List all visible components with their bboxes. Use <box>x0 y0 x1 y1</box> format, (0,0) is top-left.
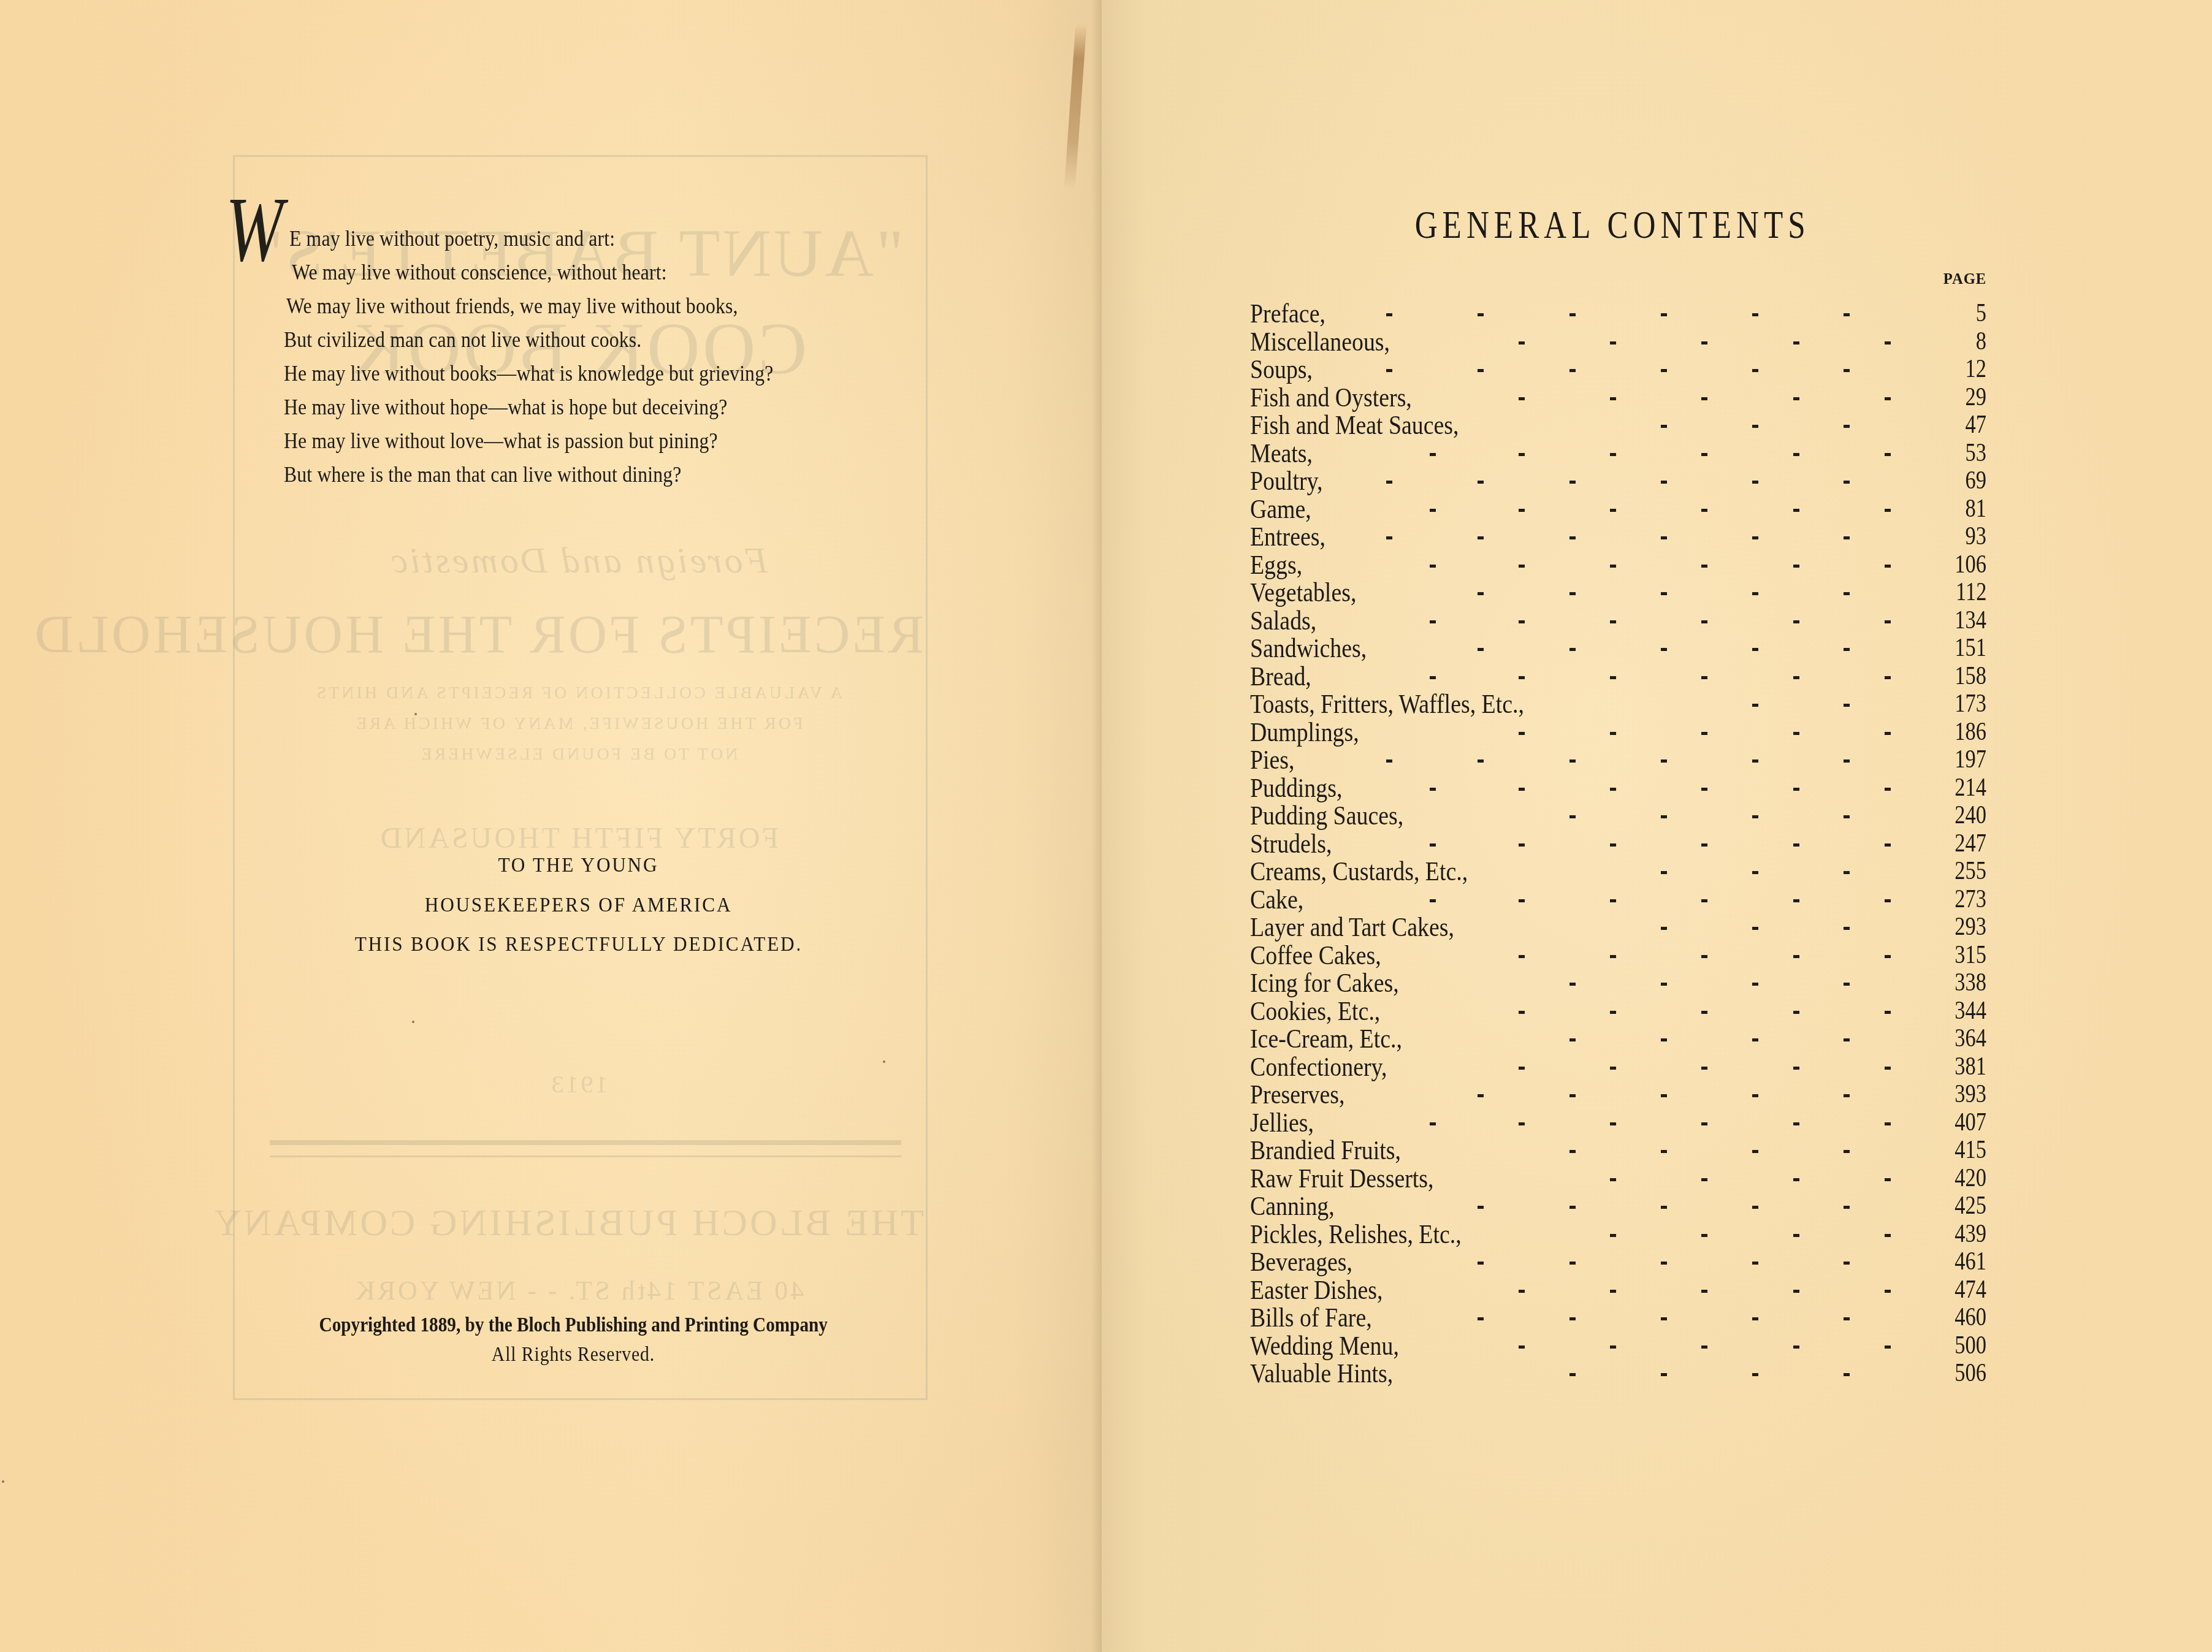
contents-entry-page: 240 <box>1955 802 1986 829</box>
contents-entry-label: Bills of Fare, <box>1250 1304 1372 1331</box>
poem-line: He may live without hope—what is hope bu… <box>284 394 728 420</box>
leader-dash <box>1701 509 1707 512</box>
leader-dash <box>1519 1067 1525 1070</box>
leader-dash <box>1610 1067 1616 1070</box>
leader-dash <box>1885 788 1891 791</box>
contents-entry-label: Coffee Cakes, <box>1250 942 1381 969</box>
leader-dash <box>1519 955 1525 958</box>
leader-dash <box>1610 899 1616 902</box>
leader-dash <box>1752 1317 1758 1320</box>
leader-dash <box>1569 815 1576 818</box>
leader-dash <box>1701 620 1707 623</box>
contents-title-text: GENERAL CONTENTS <box>1414 202 1810 248</box>
leader-dash <box>1885 1067 1891 1070</box>
leader-dash <box>1793 676 1799 679</box>
leader-dash <box>1793 1067 1799 1070</box>
leader-dash <box>1430 565 1436 568</box>
contents-entry-label: Poultry, <box>1250 467 1322 495</box>
leader-dash <box>1661 1094 1667 1097</box>
contents-entry: Coffee Cakes,315 <box>1250 942 1986 969</box>
leader-dash <box>1430 788 1436 791</box>
contents-entry-label: Pickles, Relishes, Etc., <box>1250 1220 1462 1248</box>
contents-entry-label: Pies, <box>1250 746 1295 774</box>
leader-dash <box>1793 843 1799 847</box>
leader-dash <box>1569 1262 1576 1265</box>
contents-entry-page: 8 <box>1976 328 1986 356</box>
contents-entry: Sandwiches,151 <box>1250 634 1986 662</box>
leader-dash <box>1752 369 1758 372</box>
leader-dash <box>1661 1150 1667 1153</box>
contents-entry-label: Brandied Fruits, <box>1250 1136 1401 1164</box>
leader-dash <box>1701 1011 1707 1014</box>
contents-entry-label: Beverages, <box>1250 1248 1352 1276</box>
contents-entry-page: 364 <box>1955 1025 1986 1052</box>
leader-dash <box>1478 648 1484 651</box>
copyright-text: Copyrighted 1889, by the Bloch Publishin… <box>319 1314 827 1337</box>
show-through-rule-thin <box>270 1155 901 1157</box>
contents-entry-page: 293 <box>1955 913 1986 941</box>
contents-entry-label: Vegetables, <box>1250 579 1356 606</box>
dedication-text: THIS BOOK IS RESPECTFULLY DEDICATED. <box>354 933 802 956</box>
contents-entry-label: Miscellaneous, <box>1250 328 1390 356</box>
show-through-rule <box>270 1140 901 1145</box>
contents-entry: Dumplings,186 <box>1250 718 1986 746</box>
leader-dash <box>1661 425 1667 428</box>
paper-speck <box>2 1480 4 1483</box>
leader-dash <box>1701 899 1707 902</box>
contents-entry: Game,81 <box>1250 495 1986 523</box>
contents-entry-label: Canning, <box>1250 1192 1335 1220</box>
rights-reserved: All Rights Reserved. <box>196 1344 950 1366</box>
contents-entry-label: Easter Dishes, <box>1250 1276 1382 1304</box>
leader-dash <box>1844 704 1850 707</box>
contents-entry-label: Meats, <box>1250 440 1313 467</box>
contents-entry-label: Sandwiches, <box>1250 634 1367 662</box>
leader-dash <box>1885 955 1891 958</box>
leader-dash <box>1386 536 1392 539</box>
dedication-text: HOUSEKEEPERS OF AMERICA <box>425 894 732 917</box>
leader-dash <box>1519 1290 1525 1293</box>
contents-entry: Pudding Sauces,240 <box>1250 802 1986 829</box>
leader-dash <box>1885 397 1891 400</box>
left-page: "AUNT BABETTE'S" COOK BOOK Foreign and D… <box>0 0 1102 1652</box>
show-through-desc-1: A VALUABLE COLLECTION OF RECEIPTS AND HI… <box>233 683 924 703</box>
leader-dash <box>1844 1150 1850 1153</box>
leader-dash <box>1610 1346 1616 1349</box>
leader-dash <box>1386 369 1392 372</box>
contents-entry-label: Icing for Cakes, <box>1250 969 1399 997</box>
leader-dash <box>1478 1317 1484 1320</box>
contents-entry: Puddings,214 <box>1250 774 1986 802</box>
leader-dash <box>1844 592 1850 595</box>
leader-dash <box>1844 1317 1850 1320</box>
contents-entry-page: 197 <box>1955 746 1986 774</box>
contents-entry: Icing for Cakes,338 <box>1250 969 1986 997</box>
leader-dash <box>1661 759 1667 763</box>
contents-entry-label: Wedding Menu, <box>1250 1332 1399 1360</box>
leader-dash <box>1752 648 1758 651</box>
leader-dash <box>1752 481 1758 484</box>
leader-dash <box>1701 843 1707 847</box>
contents-entry: Canning,425 <box>1250 1192 1986 1220</box>
leader-dash <box>1793 1290 1799 1293</box>
contents-entry-page: 151 <box>1955 634 1986 662</box>
leader-dash <box>1478 481 1484 484</box>
contents-entry: Vegetables,112 <box>1250 579 1986 606</box>
leader-dash <box>1661 815 1667 818</box>
contents-entry-label: Cake, <box>1250 886 1303 913</box>
leader-dash <box>1519 676 1525 679</box>
dedication-line: HOUSEKEEPERS OF AMERICA <box>233 894 924 917</box>
leader-dash <box>1610 1234 1616 1237</box>
contents-entry: Miscellaneous,8 <box>1250 328 1986 356</box>
contents-entry: Cake,273 <box>1250 886 1986 913</box>
leader-dash <box>1569 1094 1576 1097</box>
leader-dash <box>1844 425 1850 428</box>
leader-dash <box>1793 565 1799 568</box>
contents-entry-page: 500 <box>1955 1332 1986 1360</box>
leader-dash <box>1752 1206 1758 1209</box>
leader-dash <box>1844 927 1850 930</box>
contents-entry-label: Fish and Oysters, <box>1250 384 1412 411</box>
leader-dash <box>1752 1373 1758 1376</box>
contents-entry: Fish and Oysters,29 <box>1250 384 1986 411</box>
contents-entry-page: 415 <box>1955 1136 1986 1164</box>
contents-entry: Fish and Meat Sauces,47 <box>1250 411 1986 439</box>
contents-entry: Meats,53 <box>1250 440 1986 467</box>
drop-cap: W <box>226 184 283 276</box>
contents-title: GENERAL CONTENTS <box>1349 202 1876 248</box>
leader-dash <box>1844 1373 1850 1376</box>
leader-dash <box>1752 592 1758 595</box>
contents-entry-label: Layer and Tart Cakes, <box>1250 913 1454 941</box>
leader-dash <box>1793 1234 1799 1237</box>
dedication-line: THIS BOOK IS RESPECTFULLY DEDICATED. <box>233 933 924 956</box>
dedication-line: TO THE YOUNG <box>233 854 924 877</box>
show-through-heading: RECEIPTS FOR THE HOUSEHOLD <box>233 604 924 666</box>
leader-dash <box>1701 788 1707 791</box>
leader-dash <box>1885 1011 1891 1014</box>
leader-dash <box>1569 1373 1576 1376</box>
paper-speck <box>414 713 417 715</box>
leader-dash <box>1661 648 1667 651</box>
leader-dash <box>1885 899 1891 902</box>
leader-dash <box>1752 1150 1758 1153</box>
leader-dash <box>1386 481 1392 484</box>
contents-entry: Preface,5 <box>1250 300 1986 327</box>
contents-entry: Entrees,93 <box>1250 523 1986 550</box>
contents-entry-page: 381 <box>1955 1053 1986 1081</box>
leader-dash <box>1793 732 1799 735</box>
leader-dash <box>1844 871 1850 874</box>
contents-entry-label: Soups, <box>1250 356 1313 383</box>
leader-dash <box>1844 369 1850 372</box>
leader-dash <box>1885 1234 1891 1237</box>
leader-dash <box>1661 1373 1667 1376</box>
contents-entry-label: Preface, <box>1250 300 1325 327</box>
leader-dash <box>1610 565 1616 568</box>
contents-entry-label: Jellies, <box>1250 1109 1314 1136</box>
leader-dash <box>1885 732 1891 735</box>
leader-dash <box>1752 815 1758 818</box>
leader-dash <box>1661 927 1667 930</box>
contents-entry: Bread,158 <box>1250 663 1986 690</box>
leader-dash <box>1478 1262 1484 1265</box>
contents-entry-page: 106 <box>1955 551 1986 579</box>
leader-dash <box>1430 843 1436 847</box>
contents-entry-page: 112 <box>1956 579 1986 606</box>
leader-dash <box>1569 1150 1576 1153</box>
leader-dash <box>1701 1346 1707 1349</box>
leader-dash <box>1844 1262 1850 1265</box>
leader-dash <box>1752 1038 1758 1041</box>
leader-dash <box>1610 1122 1616 1125</box>
poem-line: He may live without love—what is passion… <box>284 428 718 454</box>
leader-dash <box>1793 397 1799 400</box>
leader-dash <box>1478 1206 1484 1209</box>
show-through-edition: FORTY FIFTH THOUSAND <box>233 821 924 855</box>
leader-dash <box>1793 955 1799 958</box>
leader-dash <box>1478 1094 1484 1097</box>
contents-entry-page: 273 <box>1955 886 1986 913</box>
contents-entry-label: Strudels, <box>1250 830 1332 858</box>
leader-dash <box>1793 788 1799 791</box>
leader-dash <box>1844 313 1850 316</box>
contents-entry-label: Cookies, Etc., <box>1250 997 1380 1025</box>
leader-dash <box>1661 1038 1667 1041</box>
leader-dash <box>1752 1262 1758 1265</box>
leader-dash <box>1885 1122 1891 1125</box>
contents-entry: Valuable Hints,506 <box>1250 1360 1986 1387</box>
leader-dash <box>1519 1346 1525 1349</box>
contents-entry: Brandied Fruits,415 <box>1250 1136 1986 1164</box>
leader-dash <box>1701 676 1707 679</box>
contents-entry-page: 158 <box>1955 663 1986 690</box>
paper-speck <box>883 1060 885 1063</box>
leader-dash <box>1844 1206 1850 1209</box>
contents-entry: Preserves,393 <box>1250 1081 1986 1108</box>
leader-dash <box>1793 453 1799 456</box>
contents-entry-label: Bread, <box>1250 663 1311 690</box>
show-through-publisher: THE BLOCH PUBLISHING COMPANY <box>233 1201 924 1245</box>
leader-dash <box>1701 1178 1707 1181</box>
contents-entry: Eggs,106 <box>1250 551 1986 579</box>
leader-dash <box>1752 983 1758 986</box>
contents-entry-page: 69 <box>1966 467 1986 495</box>
leader-dash <box>1885 1346 1891 1349</box>
leader-dash <box>1430 453 1436 456</box>
contents-entry-label: Eggs, <box>1250 551 1302 579</box>
contents-entry-page: 5 <box>1976 300 1986 327</box>
show-through-address: 40 EAST 14th ST. - - NEW YORK <box>233 1275 924 1306</box>
leader-dash <box>1519 788 1525 791</box>
contents-entry-label: Fish and Meat Sauces, <box>1250 411 1459 439</box>
leader-dash <box>1793 1346 1799 1349</box>
leader-dash <box>1793 341 1799 344</box>
contents-entry: Cookies, Etc.,344 <box>1250 997 1986 1025</box>
leader-dash <box>1661 1262 1667 1265</box>
leader-dash <box>1610 843 1616 847</box>
leader-dash <box>1610 509 1616 512</box>
contents-entry-page: 439 <box>1955 1220 1986 1248</box>
leader-dash <box>1569 313 1576 316</box>
leader-dash <box>1569 1317 1576 1320</box>
leader-dash <box>1752 759 1758 763</box>
leader-dash <box>1478 759 1484 763</box>
contents-entry-page: 53 <box>1966 440 1986 467</box>
contents-entry-page: 29 <box>1966 384 1986 411</box>
leader-dash <box>1661 369 1667 372</box>
leader-dash <box>1661 313 1667 316</box>
leader-dash <box>1661 481 1667 484</box>
contents-entry-label: Pudding Sauces, <box>1250 802 1403 829</box>
leader-dash <box>1386 759 1392 763</box>
leader-dash <box>1610 341 1616 344</box>
contents-entry-page: 214 <box>1955 774 1986 802</box>
leader-dash <box>1844 481 1850 484</box>
leader-dash <box>1519 565 1525 568</box>
contents-entry-label: Preserves, <box>1250 1081 1344 1108</box>
contents-entry: Salads,134 <box>1250 607 1986 634</box>
show-through-year: 1913 <box>233 1070 924 1098</box>
contents-entry: Toasts, Fritters, Waffles, Etc.,173 <box>1250 690 1986 718</box>
leader-dash <box>1661 1206 1667 1209</box>
leader-dash <box>1430 509 1436 512</box>
leader-dash <box>1844 983 1850 986</box>
leader-dash <box>1519 843 1525 847</box>
contents-entry-page: 173 <box>1955 690 1986 718</box>
leader-dash <box>1701 1122 1707 1125</box>
leader-dash <box>1844 1094 1850 1097</box>
contents-entry-label: Valuable Hints, <box>1250 1360 1393 1387</box>
leader-dash <box>1885 341 1891 344</box>
leader-dash <box>1793 1122 1799 1125</box>
leader-dash <box>1519 1011 1525 1014</box>
leader-dash <box>1610 397 1616 400</box>
leader-dash <box>1661 983 1667 986</box>
leader-dash <box>1844 648 1850 651</box>
leader-dash <box>1752 1094 1758 1097</box>
leader-dash <box>1430 676 1436 679</box>
contents-entry-page: 186 <box>1955 718 1986 746</box>
leader-dash <box>1793 1178 1799 1181</box>
leader-dash <box>1701 732 1707 735</box>
poem-line: But where is the man that can live witho… <box>284 462 681 487</box>
contents-entry-page: 315 <box>1955 942 1986 969</box>
leader-dash <box>1844 536 1850 539</box>
contents-entry-page: 461 <box>1955 1248 1986 1276</box>
contents-entry: Bills of Fare,460 <box>1250 1304 1986 1331</box>
leader-dash <box>1610 1011 1616 1014</box>
contents-entry-label: Confectionery, <box>1250 1053 1387 1081</box>
leader-dash <box>1701 1234 1707 1237</box>
leader-dash <box>1661 1317 1667 1320</box>
poem-line: He may live without books—what is knowle… <box>284 360 773 386</box>
poem-line: We may live without friends, we may live… <box>286 293 738 319</box>
leader-dash <box>1885 843 1891 847</box>
leader-dash <box>1752 425 1758 428</box>
show-through-desc-2: FOR THE HOUSEWIFE, MANY OF WHICH ARE <box>233 714 924 734</box>
leader-dash <box>1844 1038 1850 1041</box>
leader-dash <box>1793 509 1799 512</box>
leader-dash <box>1519 397 1525 400</box>
leader-dash <box>1752 536 1758 539</box>
dedication-text: TO THE YOUNG <box>498 854 659 877</box>
contents-entry-page: 247 <box>1955 830 1986 858</box>
contents-entry-page: 255 <box>1955 858 1986 885</box>
leader-dash <box>1610 955 1616 958</box>
leader-dash <box>1569 592 1576 595</box>
poem-line: But civilized man can not live without c… <box>284 327 641 352</box>
contents-entry-page: 425 <box>1955 1192 1986 1220</box>
show-through-desc-3: NOT TO BE FOUND ELSEWHERE <box>233 745 924 764</box>
leader-dash <box>1885 565 1891 568</box>
contents-entry-page: 407 <box>1955 1109 1986 1136</box>
contents-entry-label: Toasts, Fritters, Waffles, Etc., <box>1250 690 1524 718</box>
contents-entry: Easter Dishes,474 <box>1250 1276 1986 1304</box>
leader-dash <box>1569 369 1576 372</box>
leader-dash <box>1519 899 1525 902</box>
contents-entry: Pickles, Relishes, Etc.,439 <box>1250 1220 1986 1248</box>
leader-dash <box>1885 620 1891 623</box>
leader-dash <box>1661 871 1667 874</box>
leader-dash <box>1478 313 1484 316</box>
contents-entry-label: Game, <box>1250 495 1311 523</box>
contents-entry-page: 93 <box>1966 523 1986 550</box>
contents-entry: Jellies,407 <box>1250 1109 1986 1136</box>
contents-entry-page: 393 <box>1955 1081 1986 1108</box>
poem-line: E may live without poetry, music and art… <box>289 226 615 251</box>
leader-dash <box>1701 565 1707 568</box>
contents-entry-page: 81 <box>1966 495 1986 523</box>
leader-dash <box>1885 453 1891 456</box>
copyright-notice: Copyrighted 1889, by the Bloch Publishin… <box>196 1314 950 1337</box>
leader-dash <box>1701 1067 1707 1070</box>
show-through-subtitle: Foreign and Domestic <box>233 539 924 582</box>
leader-dash <box>1844 759 1850 763</box>
contents-entry-label: Raw Fruit Desserts, <box>1250 1165 1434 1192</box>
page-column-header: PAGE <box>1943 270 1986 288</box>
leader-dash <box>1701 453 1707 456</box>
contents-entry-page: 506 <box>1955 1360 1986 1387</box>
leader-dash <box>1569 648 1576 651</box>
leader-dash <box>1701 341 1707 344</box>
leader-dash <box>1569 759 1576 763</box>
leader-dash <box>1430 899 1436 902</box>
leader-dash <box>1844 815 1850 818</box>
leader-dash <box>1386 313 1392 316</box>
leader-dash <box>1610 676 1616 679</box>
leader-dash <box>1793 620 1799 623</box>
leader-dash <box>1430 620 1436 623</box>
leader-dash <box>1519 732 1525 735</box>
contents-entry: Ice-Cream, Etc.,364 <box>1250 1025 1986 1052</box>
contents-entry-label: Ice-Cream, Etc., <box>1250 1025 1402 1052</box>
leader-dash <box>1793 1011 1799 1014</box>
contents-entry: Pies,197 <box>1250 746 1986 774</box>
leader-dash <box>1519 1122 1525 1125</box>
leader-dash <box>1478 369 1484 372</box>
contents-entry: Poultry,69 <box>1250 467 1986 495</box>
leader-dash <box>1701 1290 1707 1293</box>
leader-dash <box>1519 509 1525 512</box>
contents-entry-page: 460 <box>1955 1304 1986 1331</box>
leader-dash <box>1519 341 1525 344</box>
leader-dash <box>1610 732 1616 735</box>
leader-dash <box>1610 1178 1616 1181</box>
contents-entry: Creams, Custards, Etc.,255 <box>1250 858 1986 885</box>
leader-dash <box>1885 1178 1891 1181</box>
